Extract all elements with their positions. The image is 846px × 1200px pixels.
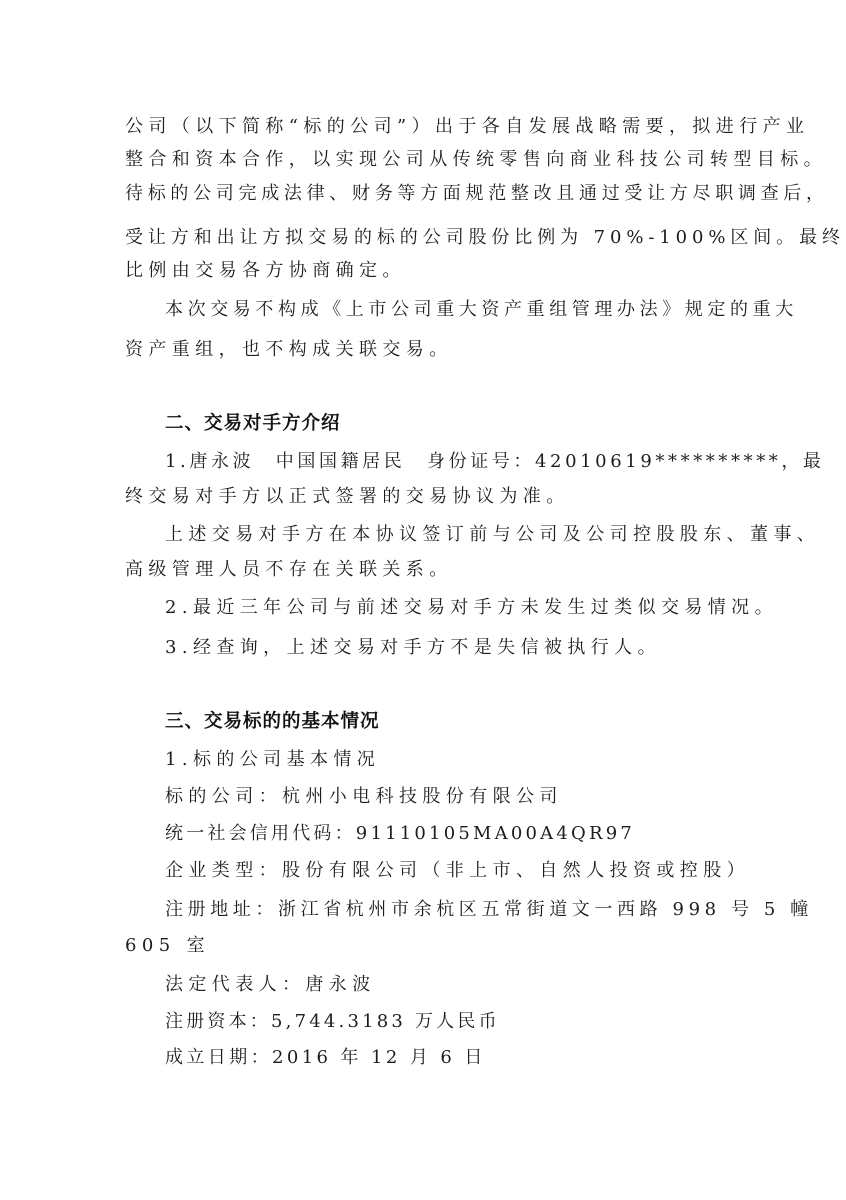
paragraph-line: 公司（以下简称“标的公司”）出于各自发展战略需要，拟进行产业 xyxy=(125,115,809,139)
paragraph-line: 比例由交易各方协商确定。 xyxy=(125,259,406,283)
paragraph-line: 受让方和出让方拟交易的标的公司股份比例为 70%-100%区间。最终 xyxy=(125,226,845,250)
counterparty-line: 1.唐永波 中国国籍居民 身份证号：42010619**********，最 xyxy=(165,450,825,474)
counterparty-line: 终交易对手方以正式签署的交易协议为准。 xyxy=(125,485,570,509)
company-name: 标的公司：杭州小电科技股份有限公司 xyxy=(165,785,563,809)
list-item: 3.经查询，上述交易对手方不是失信被执行人。 xyxy=(165,636,661,660)
paragraph-line: 待标的公司完成法律、财务等方面规范整改且通过受让方尽职调查后， xyxy=(125,182,829,206)
legal-representative: 法定代表人：唐永波 xyxy=(165,973,376,997)
paragraph-line: 整合和资本合作，以实现公司从传统零售向商业科技公司转型目标。 xyxy=(125,148,827,172)
relation-line: 高级管理人员不存在关联关系。 xyxy=(125,558,453,582)
company-type: 企业类型：股份有限公司（非上市、自然人投资或控股） xyxy=(165,859,750,883)
address-line: 注册地址：浙江省杭州市余杭区五常街道文一西路 998 号 5 幢 xyxy=(165,898,813,922)
section-heading: 二、交易对手方介绍 xyxy=(165,412,341,436)
registered-capital: 注册资本：5,744.3183 万人民币 xyxy=(165,1010,500,1034)
list-item: 2.最近三年公司与前述交易对手方未发生过类似交易情况。 xyxy=(165,596,778,620)
relation-line: 上述交易对手方在本协议签订前与公司及公司控股股东、董事、 xyxy=(165,523,820,547)
document-page: 公司（以下简称“标的公司”）出于各自发展战略需要，拟进行产业 整合和资本合作，以… xyxy=(0,0,846,1200)
section-heading: 三、交易标的的基本情况 xyxy=(165,710,380,734)
paragraph-line: 本次交易不构成《上市公司重大资产重组管理办法》规定的重大 xyxy=(165,298,798,322)
paragraph-line: 资产重组，也不构成关联交易。 xyxy=(125,338,453,362)
subheading: 1.标的公司基本情况 xyxy=(165,748,380,772)
credit-code: 统一社会信用代码：91110105MA00A4QR97 xyxy=(165,822,635,846)
address-line: 605 室 xyxy=(125,934,210,958)
established-date: 成立日期：2016 年 12 月 6 日 xyxy=(165,1046,486,1070)
